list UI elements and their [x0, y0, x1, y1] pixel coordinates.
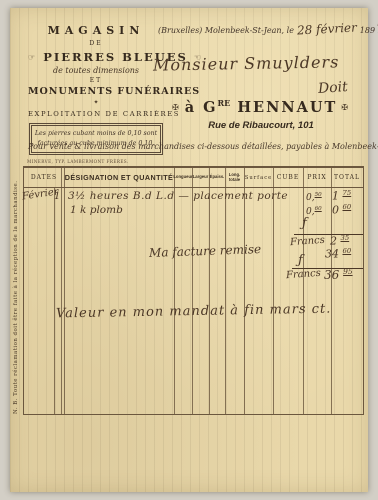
terms-line: Pour vente & livraison des marchandises … [28, 141, 355, 151]
row1-total: 1 75 [332, 189, 351, 203]
header-dates: DATES [24, 168, 64, 187]
header-total: TOTAL [331, 168, 363, 187]
column-line [273, 168, 274, 414]
payment-note: Valeur en mon mandat à fin mars ct. [56, 302, 332, 322]
addressee-street: Rue de Ribaucourt, 101 [168, 120, 354, 131]
header-designation: DÉSIGNATION ET QUANTITÉ [64, 168, 174, 187]
place-printed: (Bruxelles) Molenbeek-St-Jean, le [158, 26, 294, 35]
column-line [244, 168, 245, 414]
letterhead-de: DE [28, 40, 164, 47]
sum-line [294, 234, 363, 235]
row2-designation: 1 k plomb [70, 204, 123, 216]
addressee-sup: RE [218, 98, 231, 108]
hand-pointer-right-icon: ☞ [28, 53, 37, 62]
grand-total-label: Francs [286, 268, 322, 281]
column-line [303, 168, 304, 414]
maltese-cross-right-icon: ✠ [341, 103, 350, 112]
letterhead-monuments: MONUMENTS FUNÉRAIRES [28, 86, 164, 97]
fleuron-icon: ✦ [28, 99, 164, 106]
header-long-totale: Long. totale [225, 168, 244, 187]
letterhead-dimensions: de toutes dimensions [28, 66, 164, 75]
row1-prix: 0,50 [306, 192, 322, 203]
addressee-surname: HENNAUT [230, 99, 337, 116]
letterhead: MAGASIN DE ☞ PIERRES BLEUES ☜ de toutes … [28, 24, 164, 153]
invoice-table: DATES DÉSIGNATION ET QUANTITÉ Longueur L… [23, 166, 364, 415]
letterhead-exploitation: EXPLOITATION DE CARRIÈRES [28, 110, 164, 118]
handwritten-date: 28 février [297, 20, 357, 37]
printer-imprint: MINERVE, TYP. LAMBERMONT FRÈRES. [27, 159, 129, 164]
year-printed: 189 [360, 26, 375, 35]
header-cube: CUBE [273, 168, 303, 187]
letterhead-pierres-bleues: ☞ PIERRES BLEUES ☜ [28, 50, 164, 64]
recipient-name: Monsieur Smuylders [153, 52, 340, 74]
pen-flourish: ƒ [302, 216, 307, 231]
row2-total: 0 60 [332, 203, 351, 217]
column-line [209, 168, 210, 414]
pen-flourish: ƒ [298, 253, 303, 268]
memo-amount: 34 60 [325, 247, 351, 261]
addressee-name: ✠à GRE HENNAUT✠ [168, 98, 354, 116]
row2-prix: 0,60 [306, 206, 322, 217]
letterhead-magasin: MAGASIN [28, 24, 164, 37]
date-line: (Bruxelles) Molenbeek-St-Jean, le 28 fév… [158, 22, 368, 37]
scanned-invoice: MAGASIN DE ☞ PIERRES BLEUES ☜ de toutes … [0, 0, 378, 500]
side-claim-note: N. B. Toute réclamation doit être faite … [13, 166, 19, 414]
invoice-paper: MAGASIN DE ☞ PIERRES BLEUES ☜ de toutes … [10, 8, 368, 492]
header-epaisseur: Épaiss. [209, 168, 225, 187]
addressee-block: ✠à GRE HENNAUT✠ Rue de Ribaucourt, 101 [168, 98, 354, 131]
header-prix: PRIX [303, 168, 331, 187]
addressee-prefix: à G [185, 99, 218, 116]
header-surface: Surface [244, 168, 273, 187]
column-line [192, 168, 193, 414]
subtotal-label: Francs [290, 235, 326, 248]
row1-designation: 3½ heures B.d L.d — placement porte [68, 190, 288, 202]
header-longueur: Longueur [174, 168, 192, 187]
maltese-cross-left-icon: ✠ [172, 103, 181, 112]
column-line [54, 187, 55, 414]
grand-total-amount: 36 95 [324, 267, 353, 282]
column-line [64, 168, 65, 414]
column-line [61, 168, 62, 414]
column-line [225, 168, 226, 414]
row1-day: 1 [54, 191, 60, 202]
subtotal-amount: 2 35 [330, 234, 349, 248]
column-line [174, 168, 175, 414]
doit-label: Doit [318, 79, 349, 97]
header-largeur: Largeur [192, 168, 209, 187]
letterhead-et: ET [28, 77, 164, 84]
